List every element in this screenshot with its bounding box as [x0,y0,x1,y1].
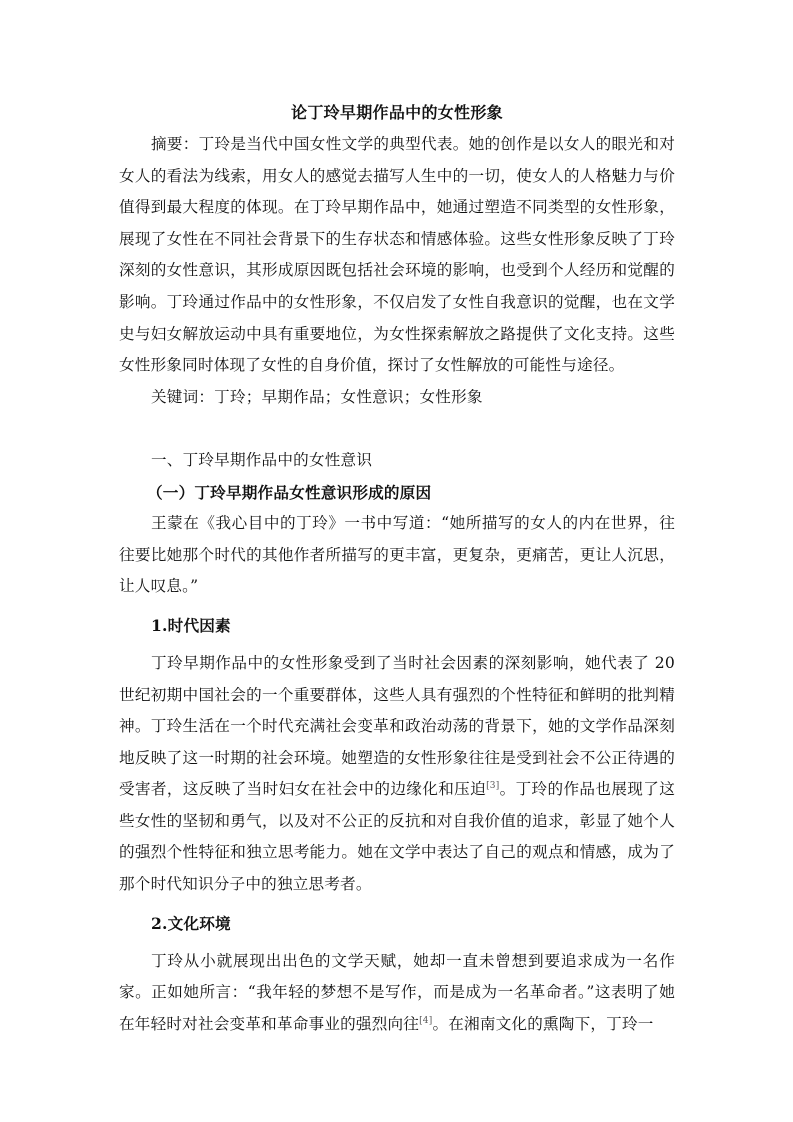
keywords-line: 关键词：丁玲；早期作品；女性意识；女性形象 [119,382,675,414]
culture-text-part2: 。在湘南文化的熏陶下，丁玲一 [432,1015,653,1033]
subsection-heading-1: （一）丁玲早期作品女性意识形成的原因 [119,477,675,509]
abstract-paragraph: 摘要：丁玲是当代中国女性文学的典型代表。她的创作是以女人的眼光和对女人的看法为线… [119,129,675,382]
item-heading-cultural-environment: 2.文化环境 [119,901,675,946]
item-heading-era-factors: 1.时代因素 [119,603,675,648]
citation-3[interactable]: [3] [486,781,499,791]
document-page: 论丁玲早期作品中的女性形象 摘要：丁玲是当代中国女性文学的典型代表。她的创作是以… [119,97,675,1040]
document-title: 论丁玲早期作品中的女性形象 [119,97,675,129]
intro-quote-paragraph: 王蒙在《我心目中的丁玲》一书中写道：“她所描写的女人的内在世界，往往要比她那个时… [119,508,675,603]
cultural-environment-paragraph: 丁玲从小就展现出出色的文学天赋，她却一直未曾想到要追求成为一名作家。正如她所言：… [119,946,675,1041]
era-text-part1: 丁玲早期作品中的女性形象受到了当时社会因素的深刻影响，她代表了 20 世纪初期中… [119,654,675,798]
era-factors-paragraph: 丁玲早期作品中的女性形象受到了当时社会因素的深刻影响，她代表了 20 世纪初期中… [119,648,675,901]
blank-line [119,413,675,445]
citation-4[interactable]: [4] [419,1016,432,1026]
section-heading-1: 一、丁玲早期作品中的女性意识 [119,445,675,477]
